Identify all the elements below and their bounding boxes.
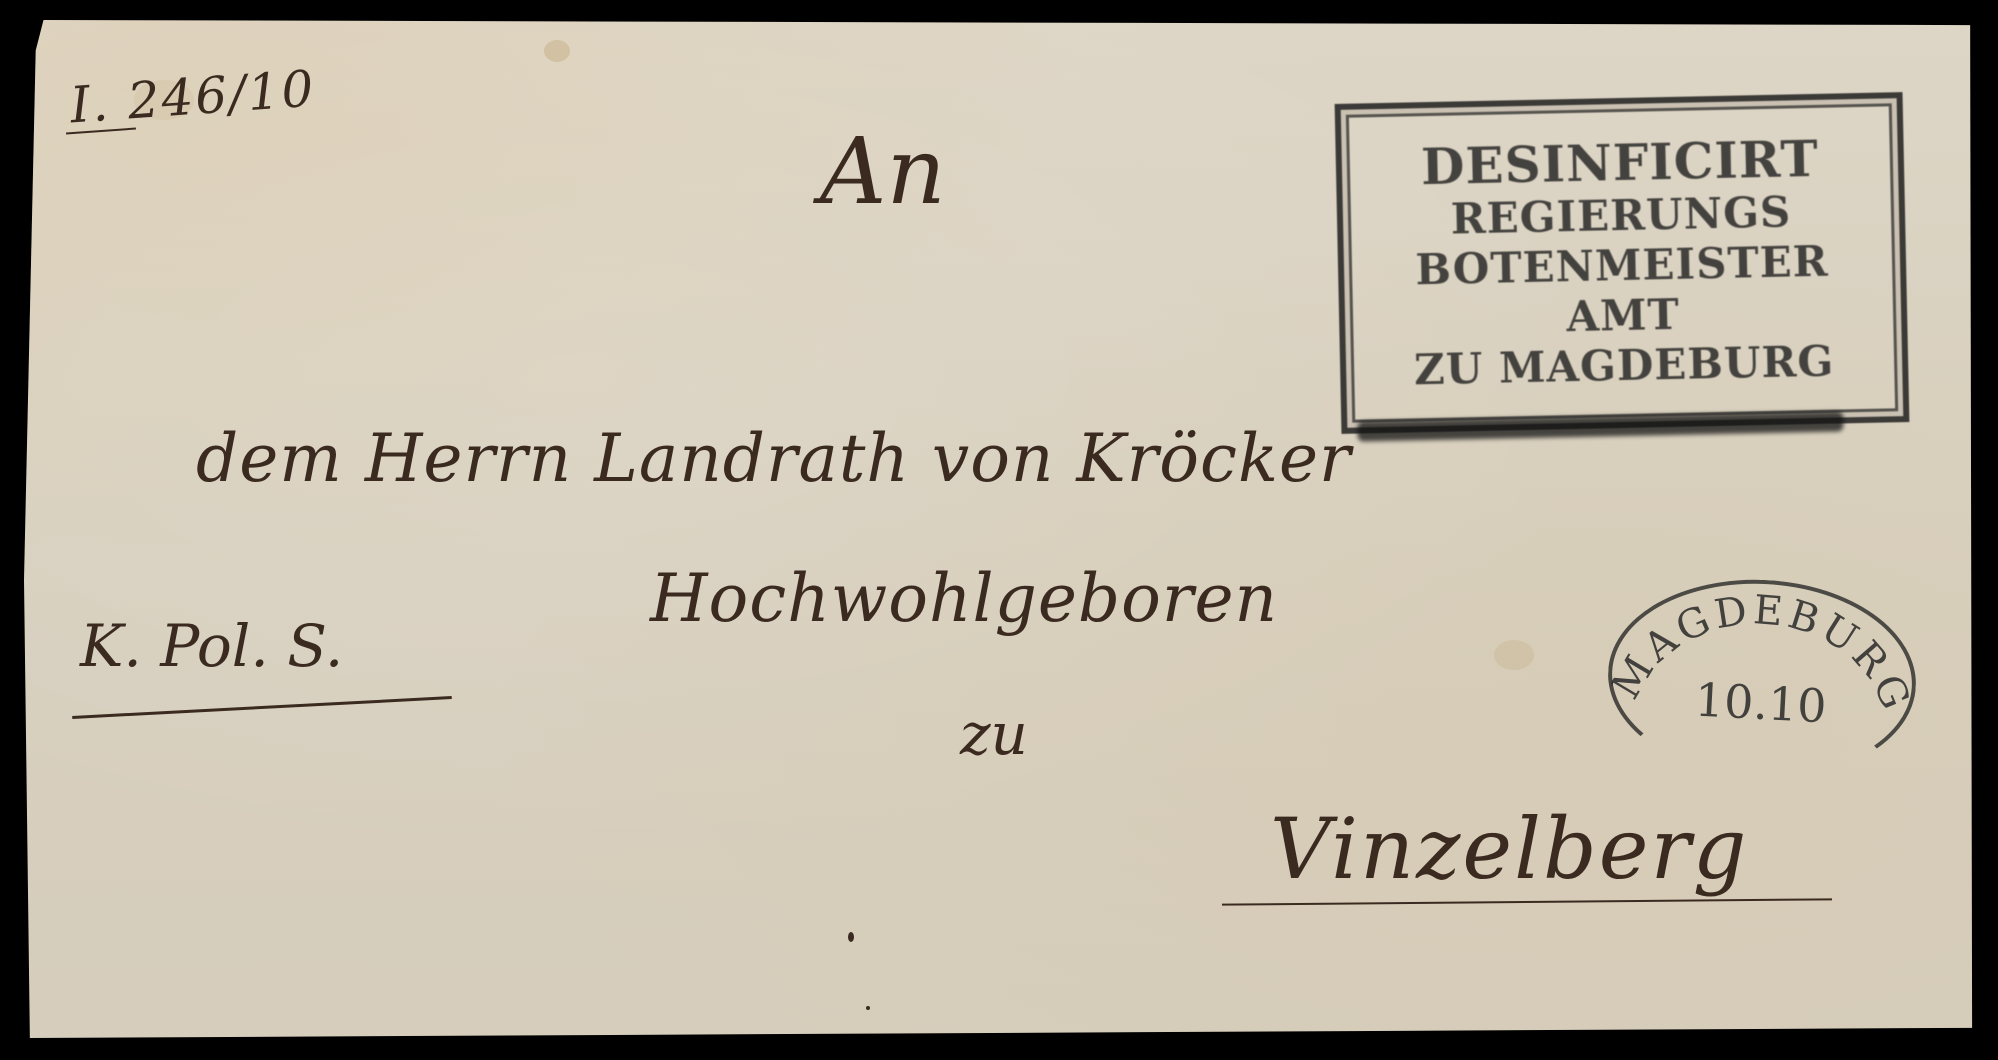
stain-spot: [544, 40, 570, 62]
address-line-title: Hochwohlgeboren: [650, 560, 1278, 637]
address-line-town: Vinzelberg: [1270, 800, 1748, 898]
greeting-an: An: [820, 118, 946, 225]
ink-dot: [848, 932, 854, 942]
disinfection-box-cachet: DESINFICIRT REGIERUNGS BOTENMEISTER AMT …: [1335, 92, 1910, 434]
official-notation: K. Pol. S.: [80, 612, 343, 680]
address-line-recipient: dem Herrn Landrath von Kröcker: [196, 420, 1352, 497]
stain-spot: [1494, 640, 1534, 670]
cachet-line: DESINFICIRT: [1421, 131, 1820, 195]
cachet-line: AMT: [1566, 290, 1680, 342]
cachet-line: REGIERUNGS: [1450, 187, 1792, 244]
ink-dot: [866, 1006, 870, 1010]
address-line-zu: zu: [960, 700, 1028, 768]
magdeburg-postmark: MAGDEBURG 10.10: [1603, 572, 1921, 786]
cachet-line: BOTENMEISTER: [1415, 237, 1829, 296]
cachet-line: ZU MAGDEBURG: [1414, 337, 1835, 396]
